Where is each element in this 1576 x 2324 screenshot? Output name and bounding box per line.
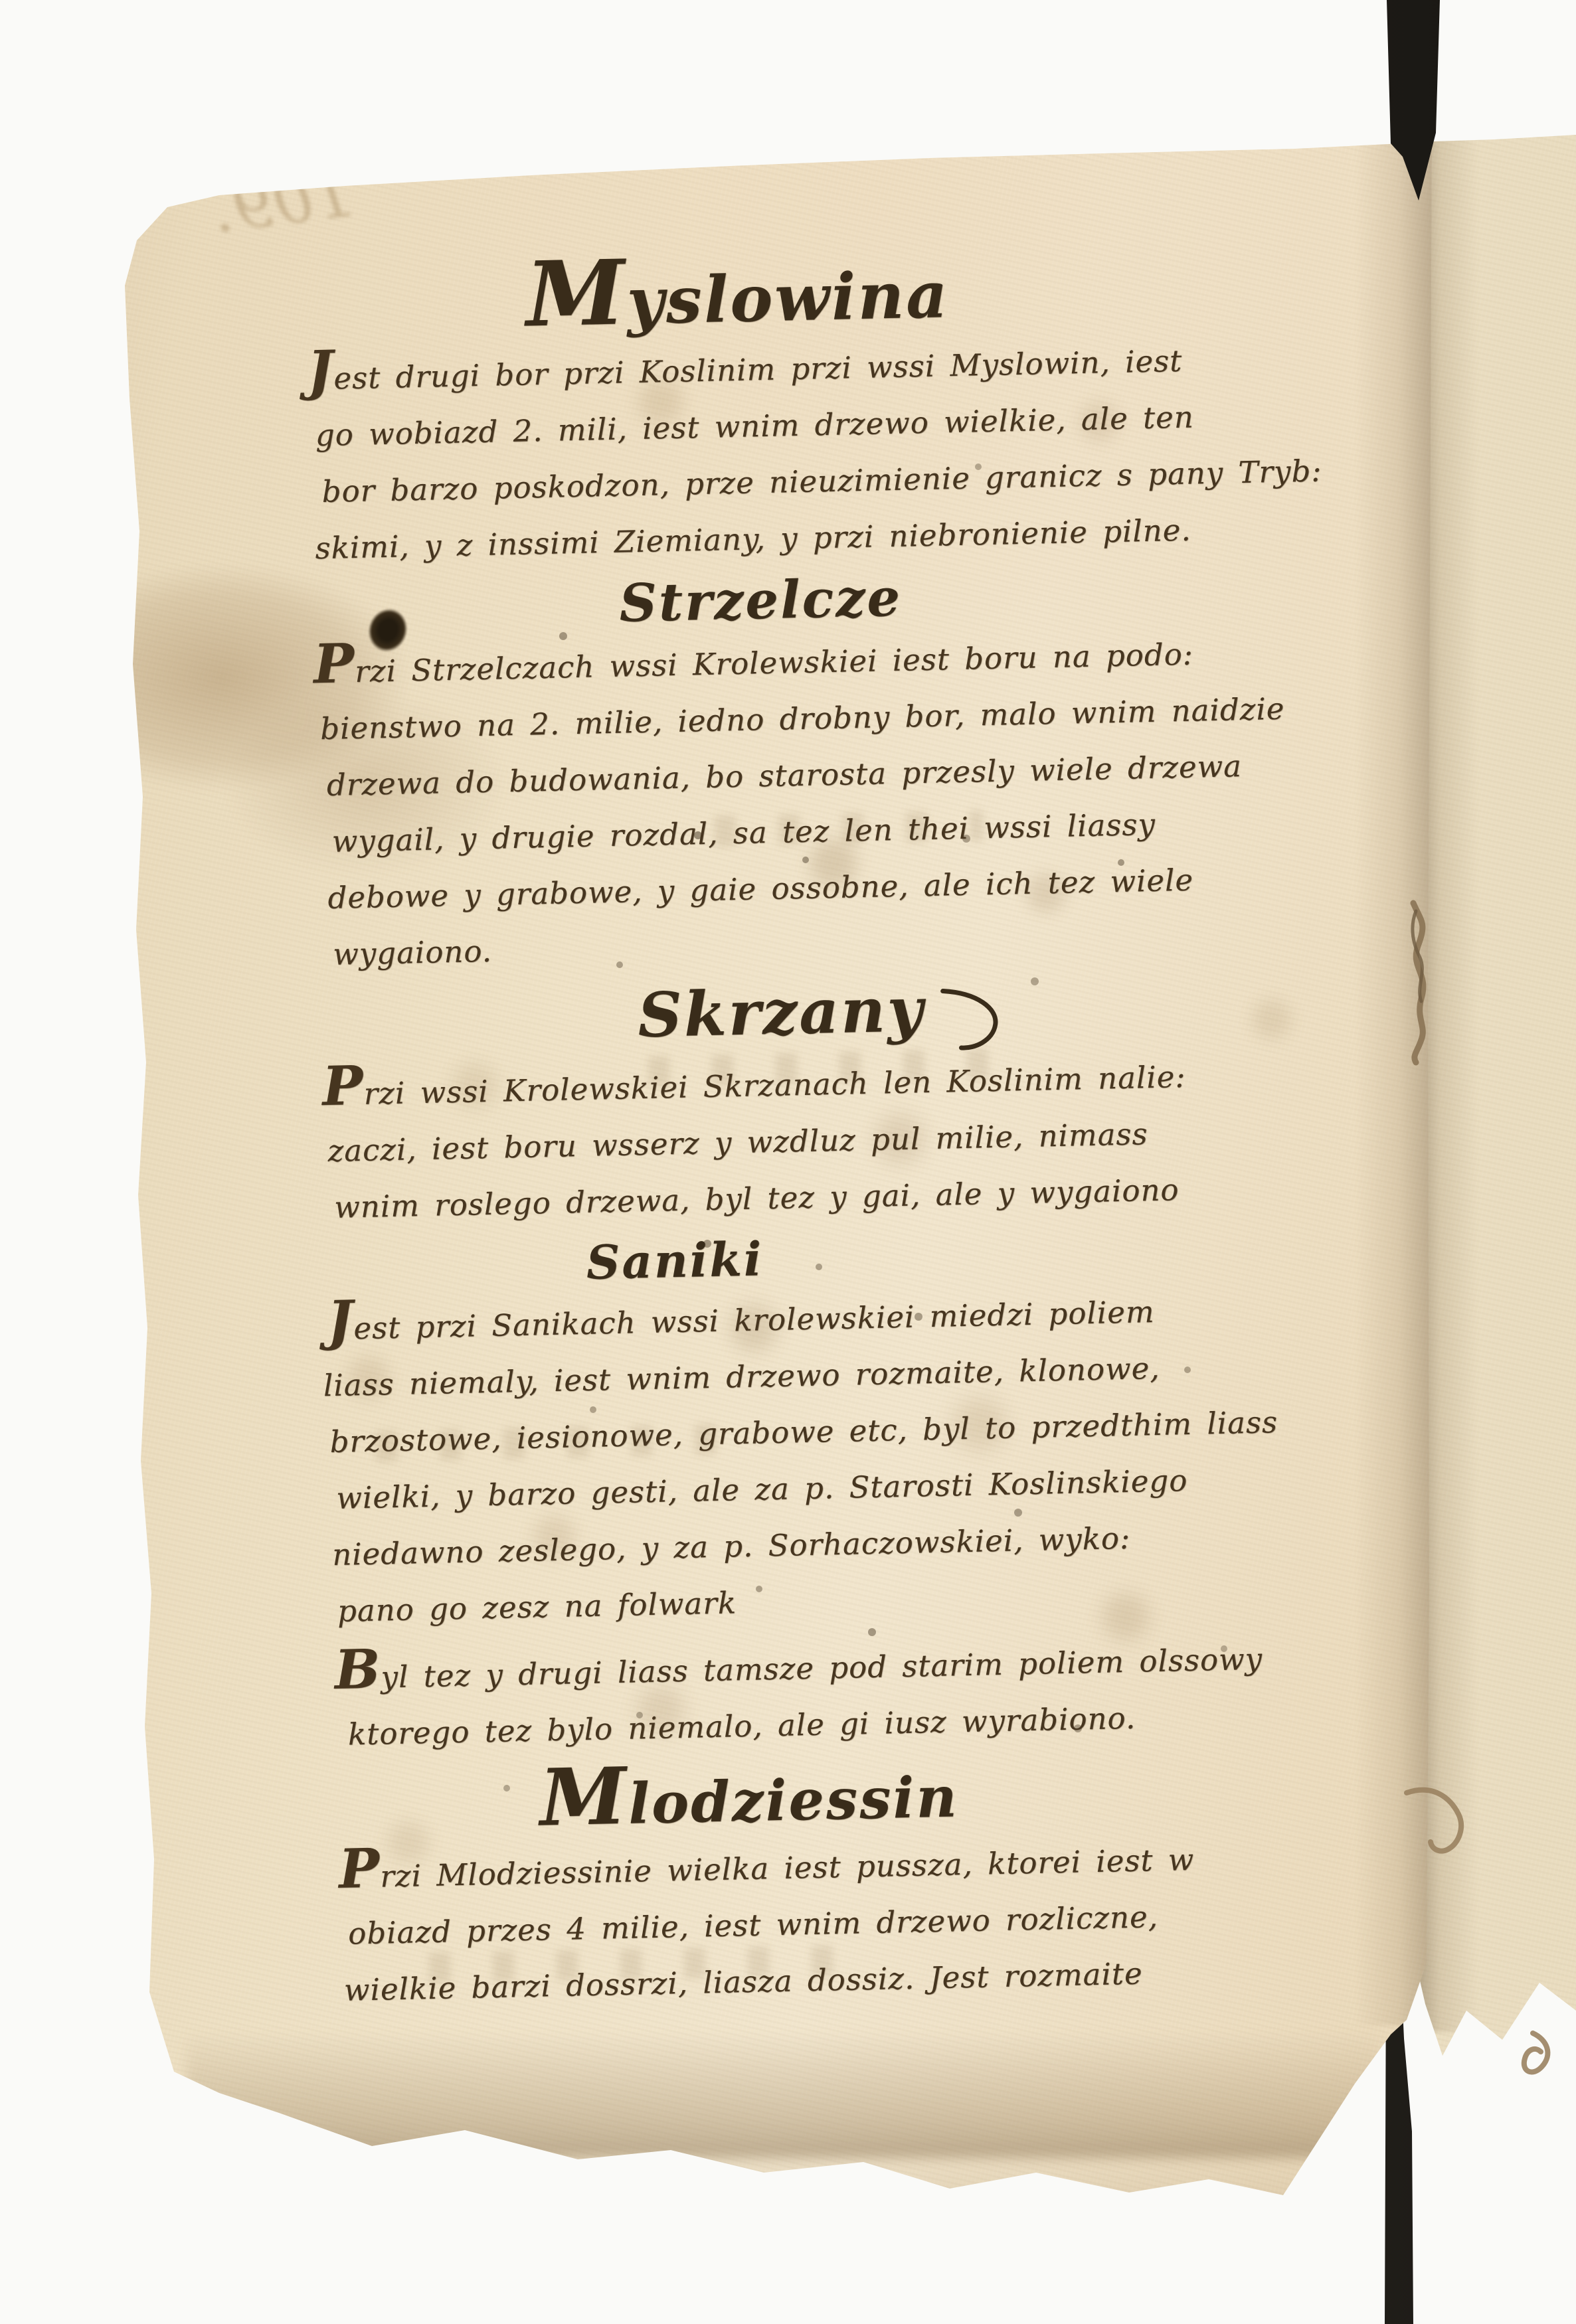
- binding-threads-icon: [0, 0, 1576, 2324]
- manuscript-scan: 109. Myslowina Jest drugi bor przi Kosli…: [0, 0, 1576, 2324]
